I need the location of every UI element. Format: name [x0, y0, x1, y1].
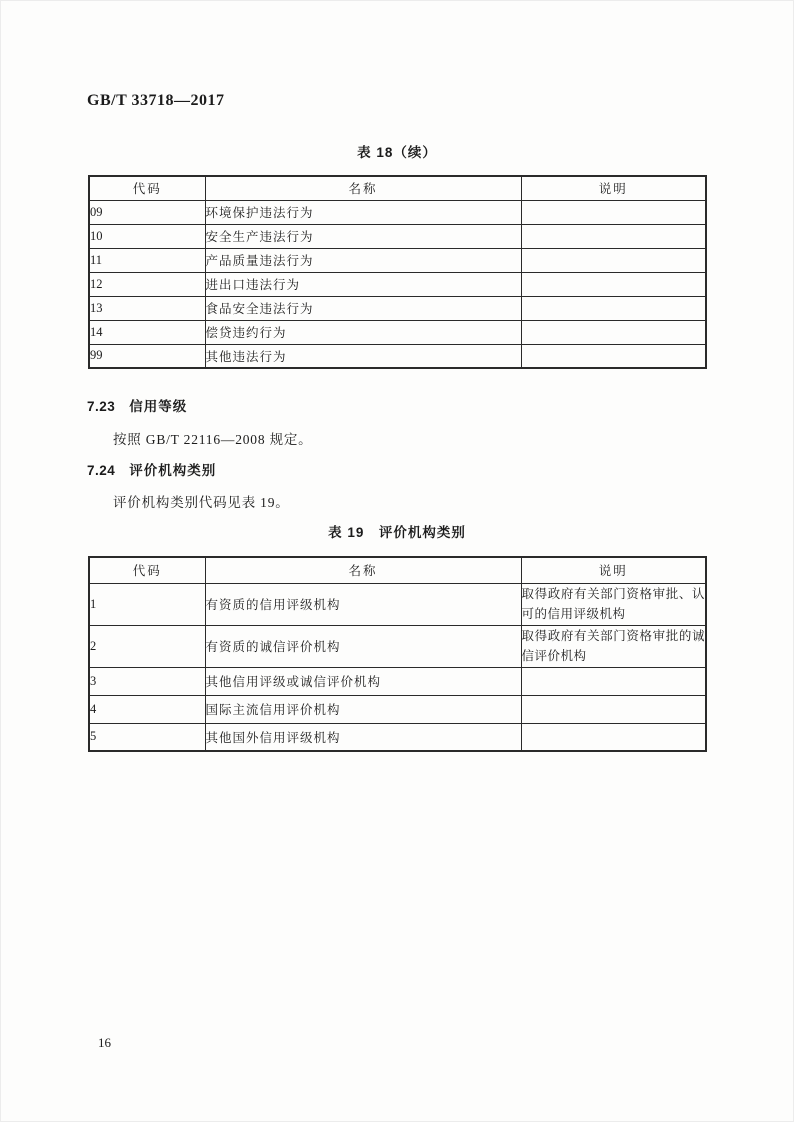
note-cell	[521, 667, 706, 695]
note-cell	[521, 344, 706, 368]
name-cell: 偿贷违约行为	[205, 320, 521, 344]
table-row: 3 其他信用评级或诚信评价机构	[89, 667, 706, 695]
table-row: 09 环境保护违法行为	[89, 200, 706, 224]
name-cell: 进出口违法行为	[205, 272, 521, 296]
note-cell	[521, 200, 706, 224]
note-cell	[521, 248, 706, 272]
code-cell: 1	[89, 583, 205, 625]
table-row: 5 其他国外信用评级机构	[89, 723, 706, 751]
name-cell: 其他国外信用评级机构	[205, 723, 521, 751]
note-cell	[521, 224, 706, 248]
table-18: 代码 名称 说明 09 环境保护违法行为 10 安全生产违法行为 11 产品质量…	[88, 175, 707, 369]
code-cell: 5	[89, 723, 205, 751]
code-cell: 14	[89, 320, 205, 344]
note-cell	[521, 695, 706, 723]
table-row: 99 其他违法行为	[89, 344, 706, 368]
code-cell: 09	[89, 200, 205, 224]
name-cell: 有资质的信用评级机构	[205, 583, 521, 625]
code-cell: 11	[89, 248, 205, 272]
table-row: 10 安全生产违法行为	[89, 224, 706, 248]
section-number: 7.23	[87, 399, 115, 414]
name-cell: 其他违法行为	[205, 344, 521, 368]
table-row: 11 产品质量违法行为	[89, 248, 706, 272]
column-header-code: 代码	[89, 557, 205, 583]
document-page: GB/T 33718—2017 表 18（续） 代码 名称 说明 09 环境保护…	[0, 0, 794, 1122]
table-18-title: 表 18（续）	[0, 141, 794, 161]
column-header-note: 说明	[521, 557, 706, 583]
name-cell: 环境保护违法行为	[205, 200, 521, 224]
section-heading-7-24: 7.24评价机构类别	[87, 459, 216, 479]
section-title: 信用等级	[129, 399, 187, 414]
code-cell: 2	[89, 625, 205, 667]
name-cell: 国际主流信用评价机构	[205, 695, 521, 723]
section-body-7-23: 按照 GB/T 22116—2008 规定。	[113, 428, 312, 448]
note-cell: 取得政府有关部门资格审批、认可的信用评级机构	[521, 583, 706, 625]
column-header-note: 说明	[521, 176, 706, 200]
name-cell: 食品安全违法行为	[205, 296, 521, 320]
note-cell	[521, 272, 706, 296]
note-cell: 取得政府有关部门资格审批的诚信评价机构	[521, 625, 706, 667]
section-heading-7-23: 7.23信用等级	[87, 395, 187, 415]
table-18-header-row: 代码 名称 说明	[89, 176, 706, 200]
code-cell: 12	[89, 272, 205, 296]
code-cell: 3	[89, 667, 205, 695]
name-cell: 产品质量违法行为	[205, 248, 521, 272]
page-number: 16	[98, 1035, 111, 1051]
note-cell	[521, 723, 706, 751]
column-header-name: 名称	[205, 557, 521, 583]
column-header-name: 名称	[205, 176, 521, 200]
table-row: 12 进出口违法行为	[89, 272, 706, 296]
table-row: 1 有资质的信用评级机构 取得政府有关部门资格审批、认可的信用评级机构	[89, 583, 706, 625]
table-19: 代码 名称 说明 1 有资质的信用评级机构 取得政府有关部门资格审批、认可的信用…	[88, 556, 707, 752]
table-19-title: 表 19 评价机构类别	[0, 521, 794, 541]
section-title: 评价机构类别	[129, 463, 216, 478]
table-19-header-row: 代码 名称 说明	[89, 557, 706, 583]
code-cell: 4	[89, 695, 205, 723]
table-row: 2 有资质的诚信评价机构 取得政府有关部门资格审批的诚信评价机构	[89, 625, 706, 667]
table-row: 14 偿贷违约行为	[89, 320, 706, 344]
note-cell	[521, 320, 706, 344]
note-cell	[521, 296, 706, 320]
section-number: 7.24	[87, 463, 115, 478]
standard-number: GB/T 33718—2017	[87, 92, 224, 110]
name-cell: 有资质的诚信评价机构	[205, 625, 521, 667]
column-header-code: 代码	[89, 176, 205, 200]
name-cell: 安全生产违法行为	[205, 224, 521, 248]
code-cell: 99	[89, 344, 205, 368]
section-body-7-24: 评价机构类别代码见表 19。	[113, 491, 290, 511]
name-cell: 其他信用评级或诚信评价机构	[205, 667, 521, 695]
code-cell: 10	[89, 224, 205, 248]
table-row: 4 国际主流信用评价机构	[89, 695, 706, 723]
code-cell: 13	[89, 296, 205, 320]
table-row: 13 食品安全违法行为	[89, 296, 706, 320]
